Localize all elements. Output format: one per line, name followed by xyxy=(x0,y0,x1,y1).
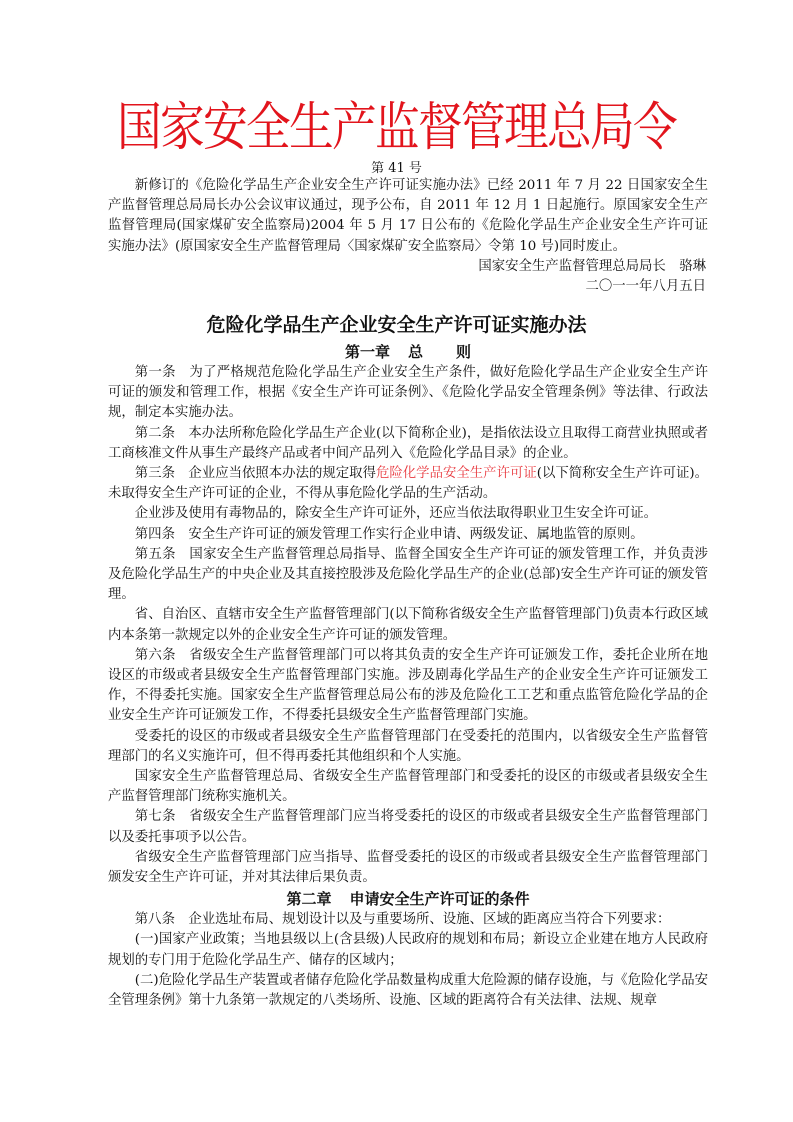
document-title: 危险化学品生产企业安全生产许可证实施办法 xyxy=(0,312,793,338)
signing-date: 二〇一一年八月五日 xyxy=(108,277,708,297)
article-3-para-2: 企业涉及使用有毒物品的，除安全生产许可证外，还应当依法取得职业卫生安全许可证。 xyxy=(108,504,708,524)
order-number: 第 41 号 xyxy=(0,157,793,176)
document-body: 第一章总则 第一条 为了严格规范危险化学品生产企业安全生产条件，做好危险化学品生… xyxy=(108,341,708,1011)
article-6-para-2: 受委托的设区的市级或者县级安全生产监督管理部门在受委托的范围内，以省级安全生产监… xyxy=(108,727,708,767)
article-1: 第一条 为了严格规范危险化学品生产企业安全生产条件，做好危险化学品生产企业安全生… xyxy=(108,363,708,424)
preamble-text: 新修订的《危险化学品生产企业安全生产许可证实施办法》已经 2011 年 7 月 … xyxy=(108,176,708,257)
chapter-1-title-b: 则 xyxy=(456,343,471,361)
document-page: 国家安全生产监督管理总局令 第 41 号 新修订的《危险化学品生产企业安全生产许… xyxy=(0,0,793,1122)
article-7: 第七条 省级安全生产监督管理部门应当将受委托的设区的市级或者县级安全生产监督管理… xyxy=(108,807,708,847)
chapter-2-title: 申请安全生产许可证的条件 xyxy=(350,890,530,908)
masthead-title: 国家安全生产监督管理总局令 xyxy=(56,98,738,158)
article-6: 第六条 省级安全生产监督管理部门可以将其负责的安全生产许可证颁发工作，委托企业所… xyxy=(108,646,708,727)
article-7-para-2: 省级安全生产监督管理部门应当指导、监督受委托的设区的市级或者县级安全生产监督管理… xyxy=(108,848,708,888)
article-3: 第三条 企业应当依照本办法的规定取得危险化学品安全生产许可证(以下简称安全生产许… xyxy=(108,464,708,504)
license-name-highlight: 危险化学品安全生产许可证 xyxy=(376,466,537,481)
chapter-2-heading: 第二章申请安全生产许可证的条件 xyxy=(108,888,708,910)
article-8-item-1: (一)国家产业政策；当地县级以上(含县级)人民政府的规划和布局；新设立企业建在地… xyxy=(108,930,708,970)
signatory: 国家安全生产监督管理总局局长 骆琳 xyxy=(108,257,708,277)
article-2: 第二条 本办法所称危险化学品生产企业(以下简称企业)，是指依法设立且取得工商营业… xyxy=(108,424,708,464)
chapter-1-title-a: 总 xyxy=(408,343,423,361)
chapter-2-number: 第二章 xyxy=(286,890,331,908)
preamble: 新修订的《危险化学品生产企业安全生产许可证实施办法》已经 2011 年 7 月 … xyxy=(108,176,708,297)
article-6-para-3: 国家安全生产监督管理总局、省级安全生产监督管理部门和受委托的设区的市级或者县级安… xyxy=(108,767,708,807)
article-4: 第四条 安全生产许可证的颁发管理工作实行企业申请、两级发证、属地监管的原则。 xyxy=(108,525,708,545)
chapter-1-heading: 第一章总则 xyxy=(108,341,708,363)
chapter-1-number: 第一章 xyxy=(345,343,390,361)
article-8-item-2: (二)危险化学品生产装置或者储存危险化学品数量构成重大危险源的储存设施，与《危险… xyxy=(108,971,708,1011)
article-5: 第五条 国家安全生产监督管理总局指导、监督全国安全生产许可证的颁发管理工作，并负… xyxy=(108,545,708,606)
article-5-para-2: 省、自治区、直辖市安全生产监督管理部门(以下简称省级安全生产监督管理部门)负责本… xyxy=(108,605,708,645)
article-3-before: 第三条 企业应当依照本办法的规定取得 xyxy=(135,466,376,481)
article-8: 第八条 企业选址布局、规划设计以及与重要场所、设施、区域的距离应当符合下列要求： xyxy=(108,910,708,930)
